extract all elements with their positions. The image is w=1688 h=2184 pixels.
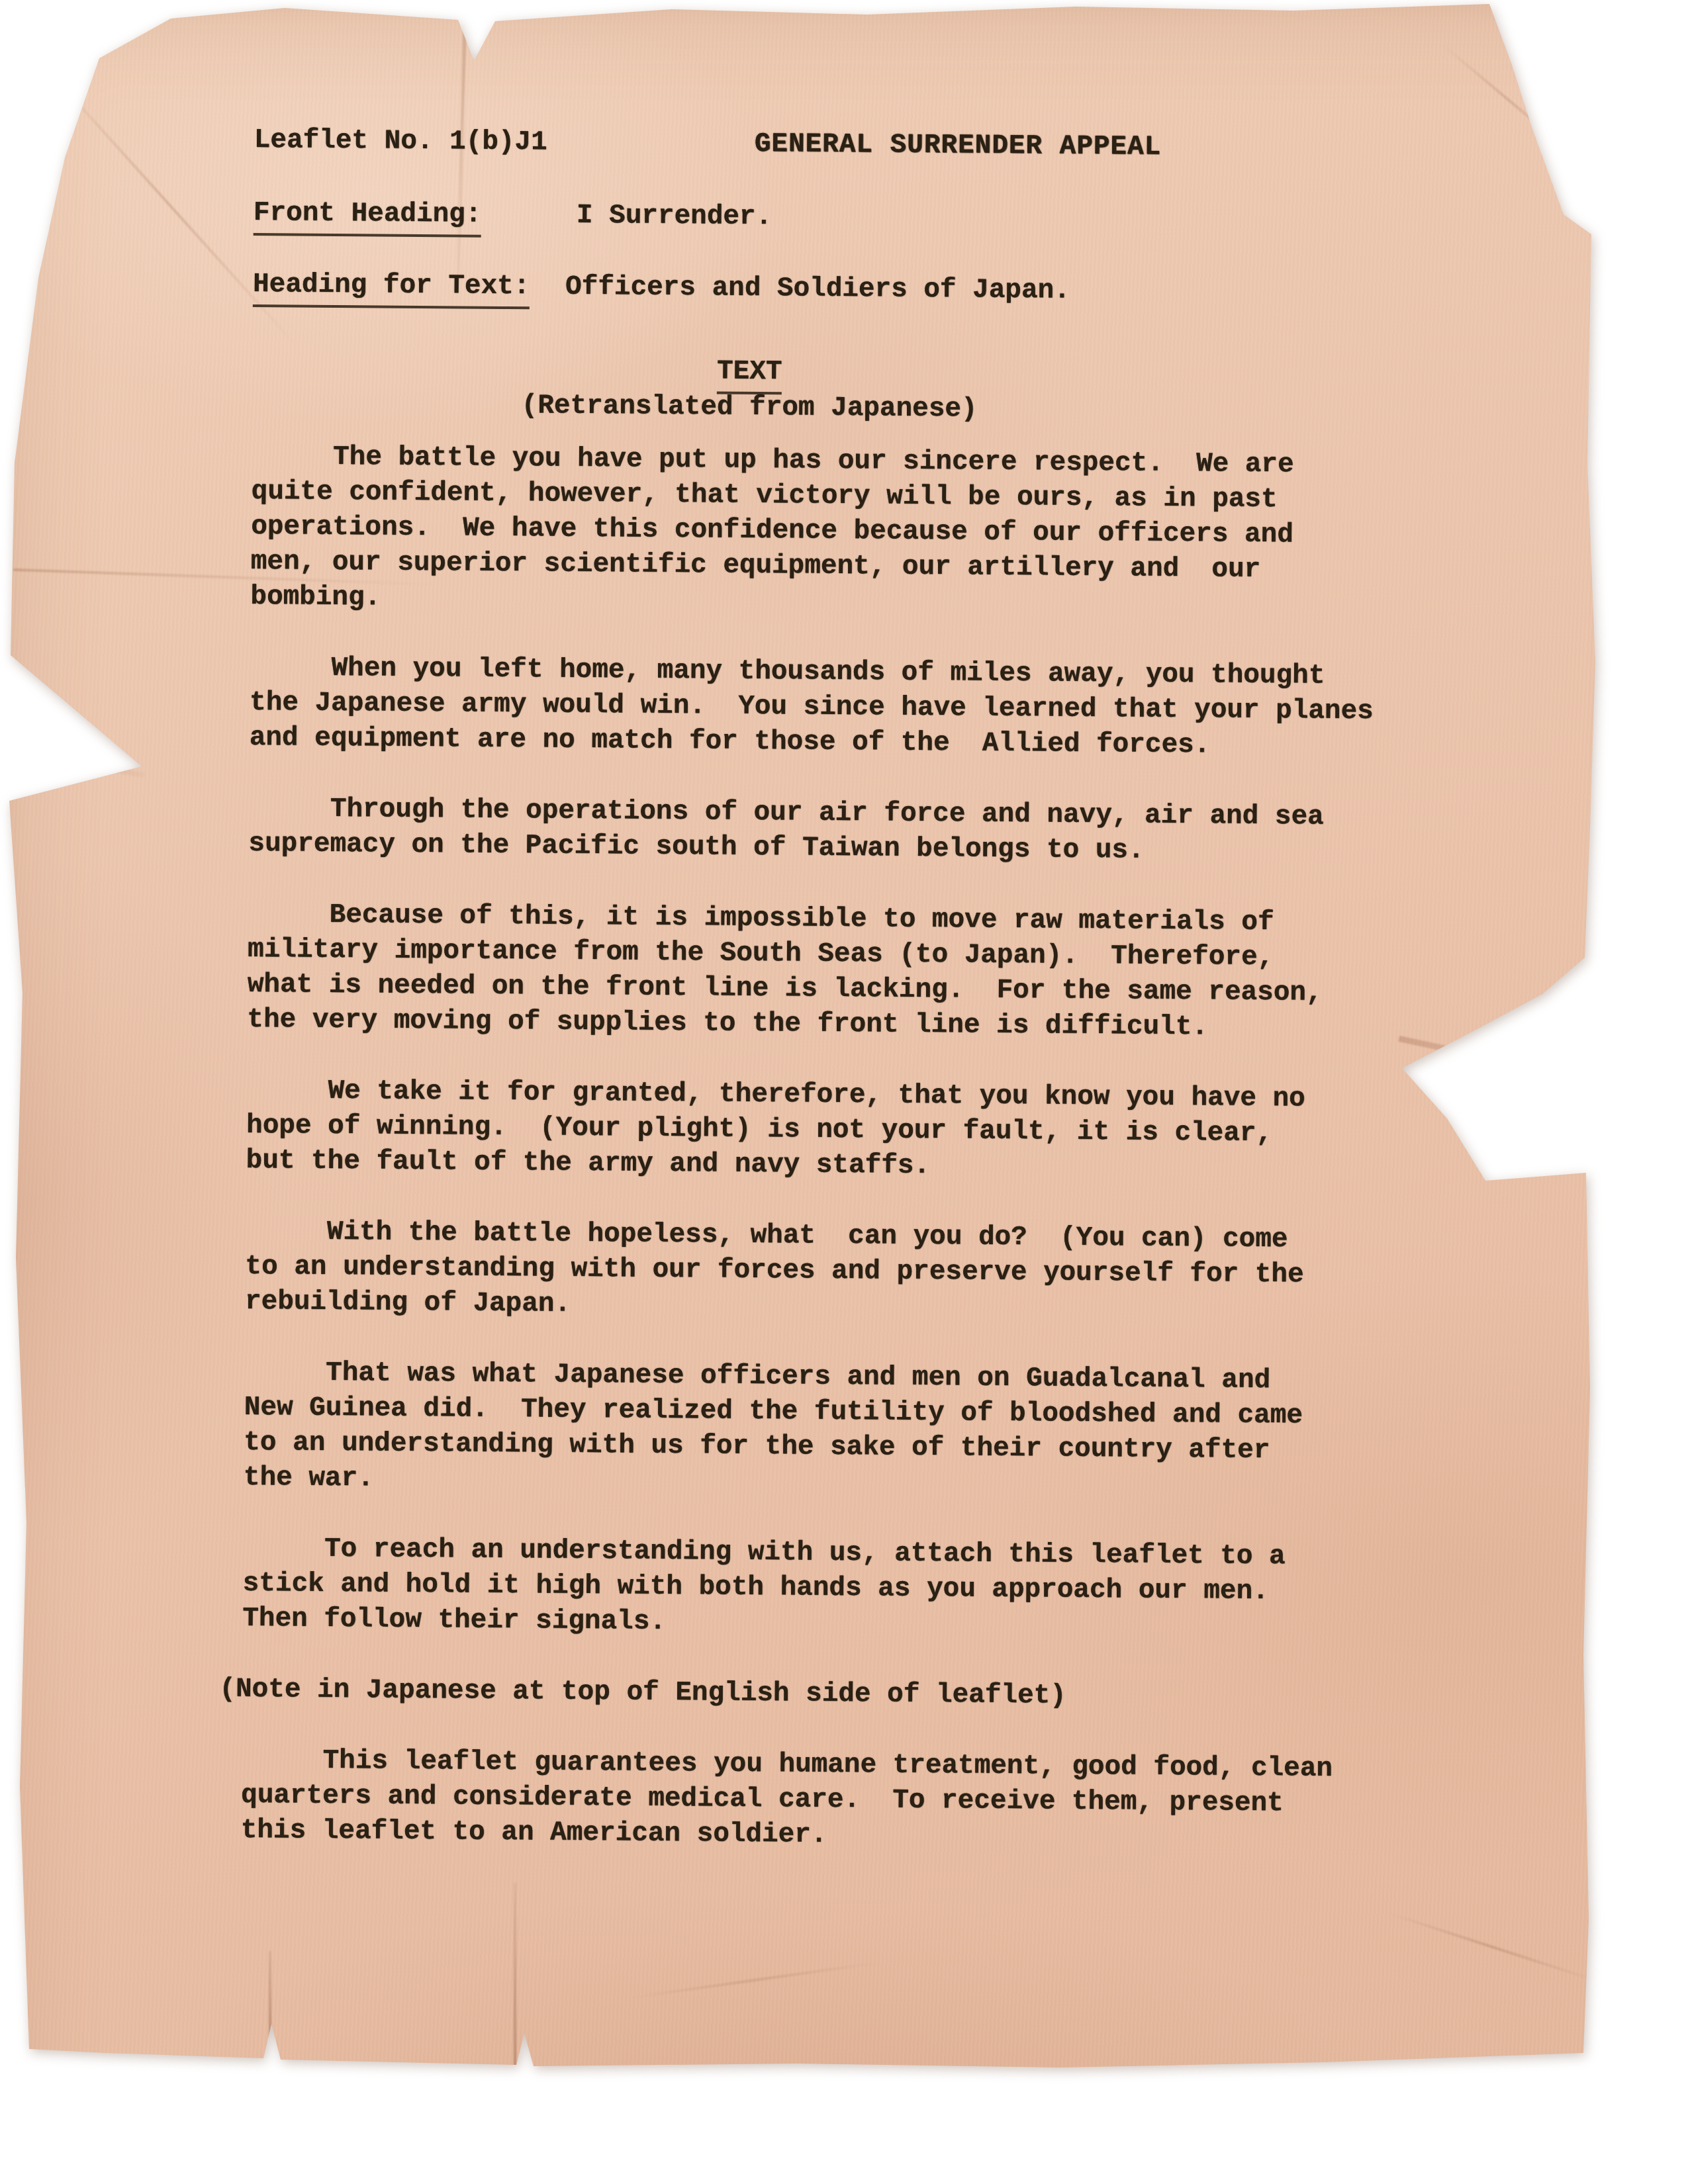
text-heading-label: Heading for Text:	[253, 267, 530, 309]
paragraph-4: Because of this, it is impossible to mov…	[247, 897, 1413, 1047]
japanese-note: (Note in Japanese at top of English side…	[219, 1672, 1407, 1717]
typewritten-text: Leaflet No. 1(b)J1 GENERAL SURRENDER APP…	[239, 123, 1419, 2052]
crease-mark	[1442, 44, 1576, 157]
tear-shadow	[1398, 1036, 1587, 1081]
scanned-document: Leaflet No. 1(b)J1 GENERAL SURRENDER APP…	[0, 0, 1688, 2184]
text-section-subtitle: (Retranslated from Japanese)	[521, 388, 977, 427]
paragraph-5: We take it for granted, therefore, that …	[246, 1073, 1411, 1188]
document-title: GENERAL SURRENDER APPEAL	[755, 127, 1162, 165]
front-heading-value: I Surrender.	[577, 199, 773, 235]
paragraph-1: The battle you have put up has our since…	[250, 439, 1417, 624]
paragraph-6: With the battle hopeless, what can you d…	[245, 1214, 1411, 1329]
leaflet-body: The battle you have put up has our since…	[240, 439, 1417, 1893]
paragraph-9: This leaflet guarantees you humane treat…	[241, 1743, 1407, 1858]
paragraph-3: Through the operations of our air force …	[248, 792, 1414, 871]
paragraph-8: To reach an understanding with us, attac…	[242, 1531, 1408, 1646]
paragraph-7: That was what Japanese officers and men …	[244, 1355, 1410, 1505]
paragraph-2: When you left home, many thousands of mi…	[249, 651, 1415, 765]
leaflet-number: Leaflet No. 1(b)J1	[254, 123, 547, 160]
tear-shadow	[14, 750, 145, 778]
front-heading-label: Front Heading:	[254, 196, 482, 238]
paper-sheet: Leaflet No. 1(b)J1 GENERAL SURRENDER APP…	[0, 0, 1688, 2184]
text-heading-value: Officers and Soldiers of Japan.	[565, 270, 1070, 309]
text-section-label: TEXT	[717, 355, 782, 395]
paper-wrap: Leaflet No. 1(b)J1 GENERAL SURRENDER APP…	[0, 0, 1688, 2184]
crease-mark	[1388, 1912, 1597, 1982]
